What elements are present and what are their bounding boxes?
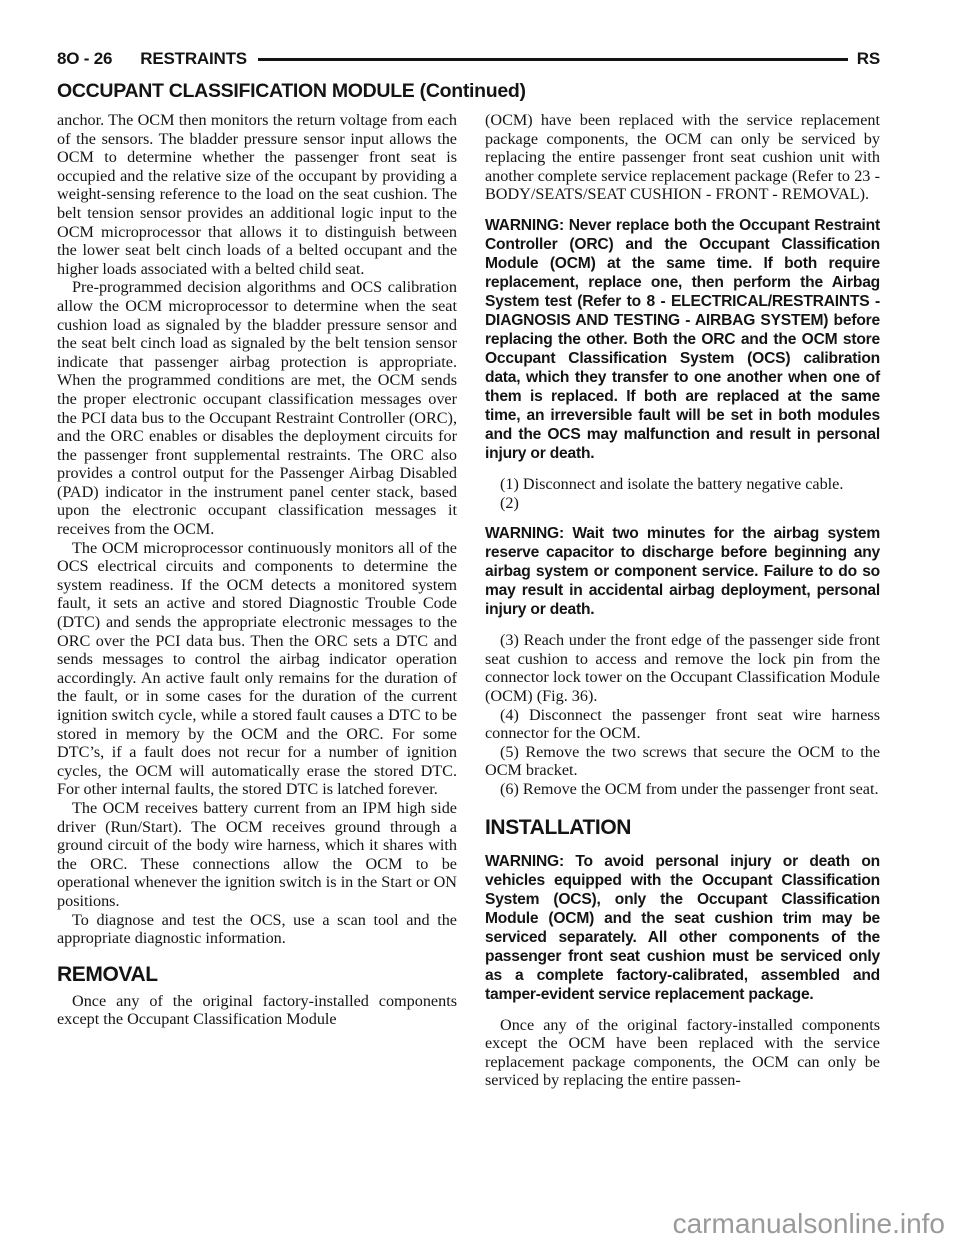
- procedure-step-2: (2): [485, 494, 880, 513]
- paragraph-diagnose: To diagnose and test the OCS, use a scan…: [57, 911, 457, 948]
- procedure-step-3: (3) Reach under the front edge of the pa…: [485, 631, 880, 705]
- paragraph-continuation: anchor. The OCM then monitors the return…: [57, 111, 457, 278]
- paragraph-algorithms: Pre-programmed decision algorithms and O…: [57, 278, 457, 538]
- paragraph-service-package: (OCM) have been replaced with the servic…: [485, 111, 880, 204]
- page-header: 8O - 26 RESTRAINTS RS: [57, 50, 880, 68]
- section-title: RESTRAINTS: [140, 50, 247, 68]
- watermark: carmanualsonline.info: [673, 1209, 945, 1239]
- paragraph-monitoring: The OCM microprocessor continuously moni…: [57, 539, 457, 799]
- paragraph-removal-intro: Once any of the original factory-install…: [57, 992, 457, 1029]
- page-title: OCCUPANT CLASSIFICATION MODULE (Continue…: [57, 80, 880, 102]
- model-code: RS: [857, 50, 880, 68]
- manual-page: 8O - 26 RESTRAINTS RS OCCUPANT CLASSIFIC…: [0, 0, 960, 1242]
- header-rule: [258, 58, 848, 61]
- warning-wait-two-minutes: WARNING: Wait two minutes for the airbag…: [485, 524, 880, 619]
- page-number: 8O - 26: [57, 50, 112, 68]
- left-column: anchor. The OCM then monitors the return…: [57, 111, 457, 1090]
- paragraph-install-intro: Once any of the original factory-install…: [485, 1016, 880, 1090]
- warning-serviced-separately: WARNING: To avoid personal injury or dea…: [485, 852, 880, 1004]
- procedure-step-1: (1) Disconnect and isolate the battery n…: [485, 475, 880, 494]
- procedure-step-5: (5) Remove the two screws that secure th…: [485, 743, 880, 780]
- paragraph-power: The OCM receives battery current from an…: [57, 799, 457, 911]
- right-column: (OCM) have been replaced with the servic…: [485, 111, 880, 1090]
- removal-heading: REMOVAL: [57, 963, 457, 987]
- procedure-step-6: (6) Remove the OCM from under the passen…: [485, 780, 880, 799]
- procedure-step-4: (4) Disconnect the passenger front seat …: [485, 706, 880, 743]
- two-column-body: anchor. The OCM then monitors the return…: [57, 111, 880, 1090]
- installation-heading: INSTALLATION: [485, 816, 880, 840]
- warning-never-replace-both: WARNING: Never replace both the Occupant…: [485, 216, 880, 463]
